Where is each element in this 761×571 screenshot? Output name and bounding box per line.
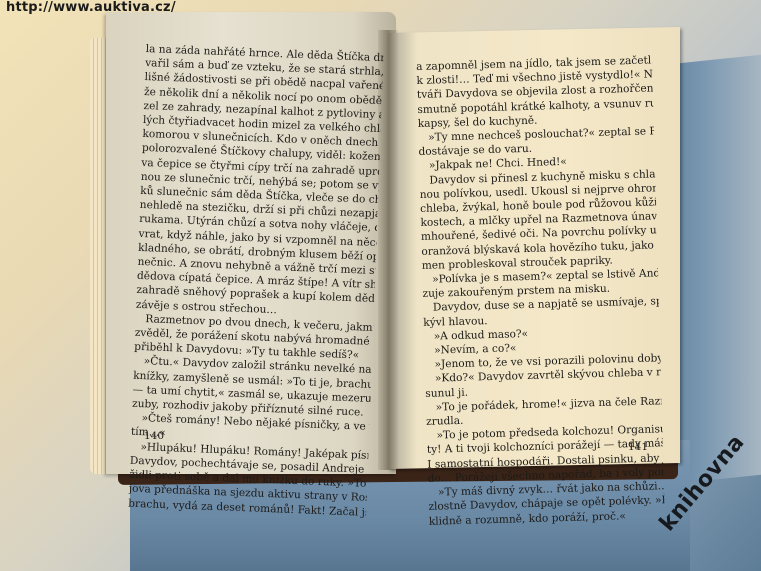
left-page-text: la na záda nahřáté hrnce. Ale děda Štíčk…	[128, 42, 384, 519]
left-page-number: 140	[144, 430, 164, 442]
watermark-url: http://www.auktiva.cz/	[6, 0, 176, 15]
photo-scene: la na záda nahřáté hrnce. Ale děda Štíčk…	[0, 0, 761, 571]
right-page-text: a zapomněl jsem na jídlo, tak jsem se za…	[416, 53, 665, 528]
right-page-number: 141	[628, 441, 648, 453]
